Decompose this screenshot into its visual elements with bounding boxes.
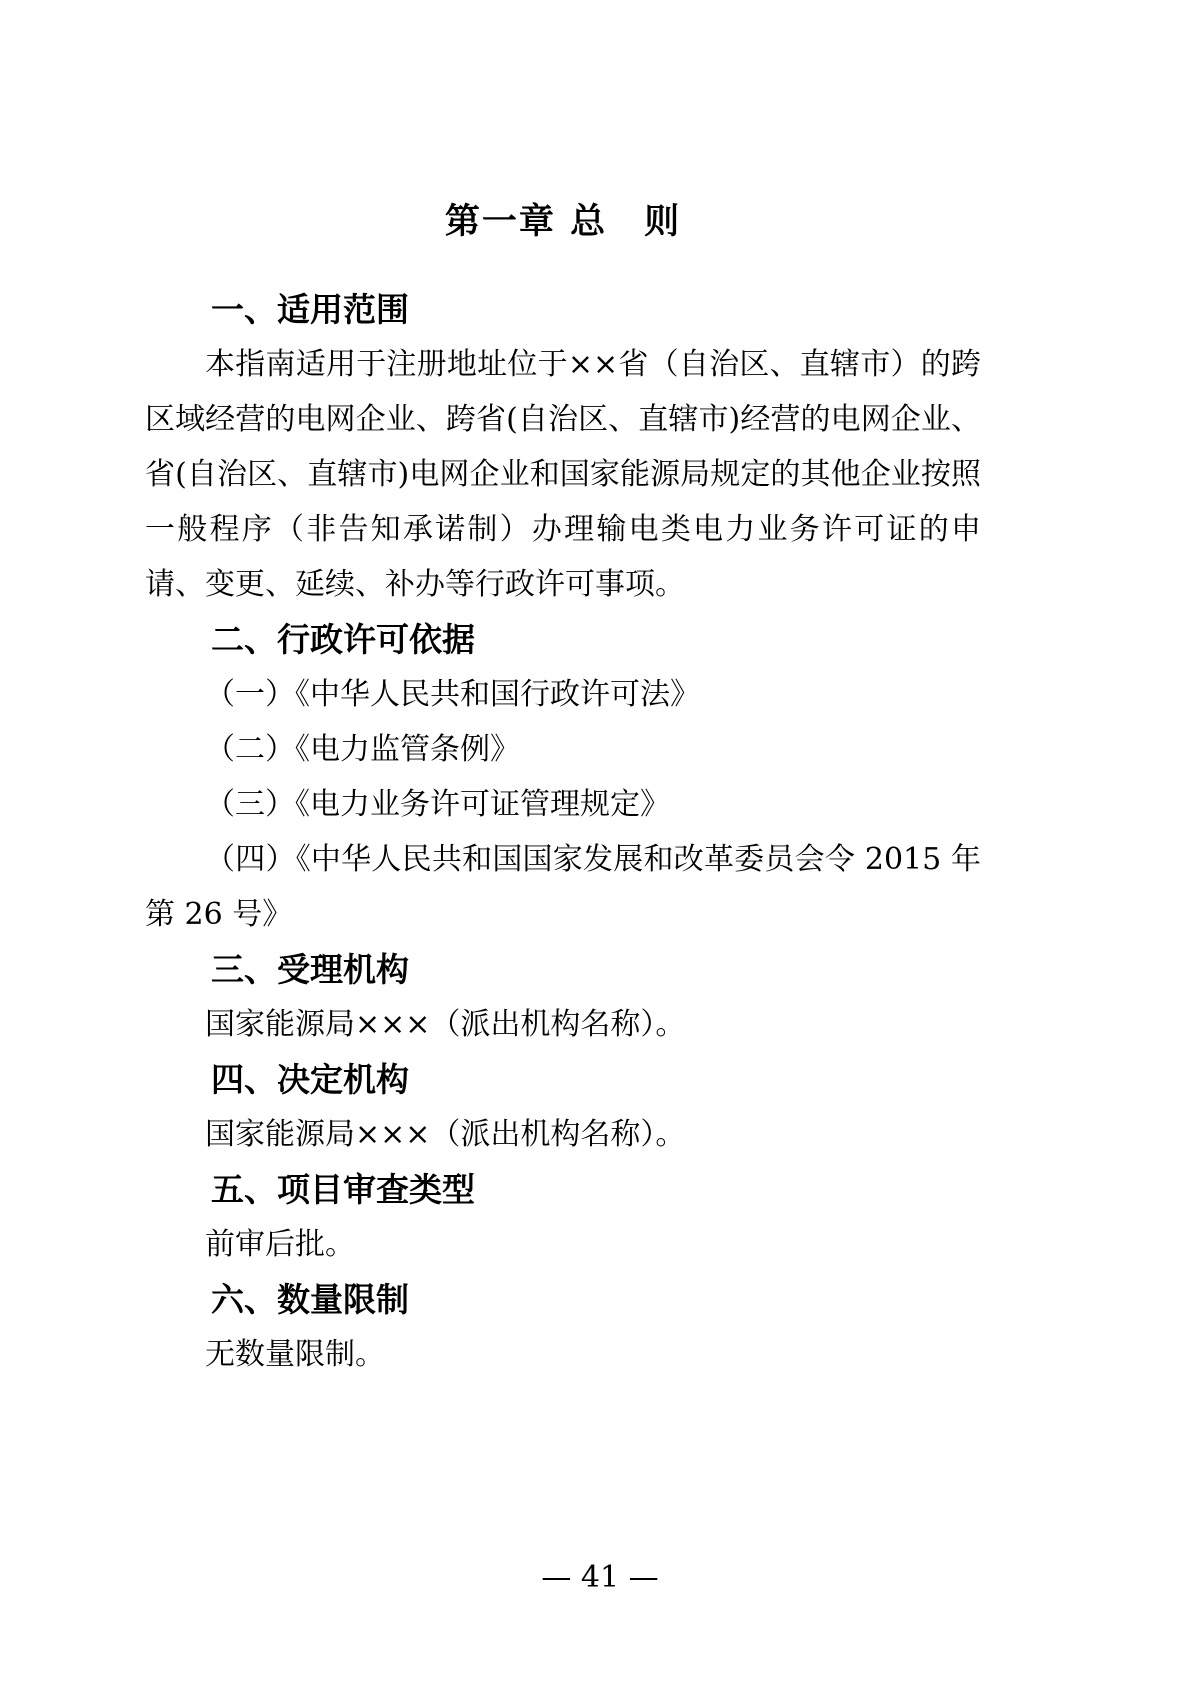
section-heading-quantity-limit: 六、数量限制	[145, 1272, 981, 1327]
section-heading-scope: 一、适用范围	[145, 282, 981, 337]
list-item-legal-basis-2: （二）《电力监管条例》	[145, 722, 981, 777]
section-heading-review-type: 五、项目审查类型	[145, 1162, 981, 1217]
section-heading-accepting-authority: 三、受理机构	[145, 942, 981, 997]
section-heading-legal-basis: 二、行政许可依据	[145, 612, 981, 667]
list-item-legal-basis-3: （三）《电力业务许可证管理规定》	[145, 777, 981, 832]
paragraph-review-type: 前审后批。	[145, 1217, 981, 1272]
chapter-title: 第一章 总 则	[145, 194, 981, 250]
document-page: 第一章 总 则 一、适用范围 本指南适用于注册地址位于××省（自治区、直辖市）的…	[0, 0, 1200, 1696]
paragraph-scope-body: 本指南适用于注册地址位于××省（自治区、直辖市）的跨区域经营的电网企业、跨省(自…	[145, 337, 981, 612]
list-item-legal-basis-4: （四）《中华人民共和国国家发展和改革委员会令 2015 年第 26 号》	[145, 832, 981, 942]
page-content: 第一章 总 则 一、适用范围 本指南适用于注册地址位于××省（自治区、直辖市）的…	[145, 194, 981, 1382]
page-number: — 41 —	[0, 1558, 1200, 1598]
paragraph-deciding-authority: 国家能源局×××（派出机构名称）。	[145, 1107, 981, 1162]
paragraph-quantity-limit: 无数量限制。	[145, 1327, 981, 1382]
section-heading-deciding-authority: 四、决定机构	[145, 1052, 981, 1107]
paragraph-accepting-authority: 国家能源局×××（派出机构名称）。	[145, 997, 981, 1052]
list-item-legal-basis-1: （一）《中华人民共和国行政许可法》	[145, 667, 981, 722]
